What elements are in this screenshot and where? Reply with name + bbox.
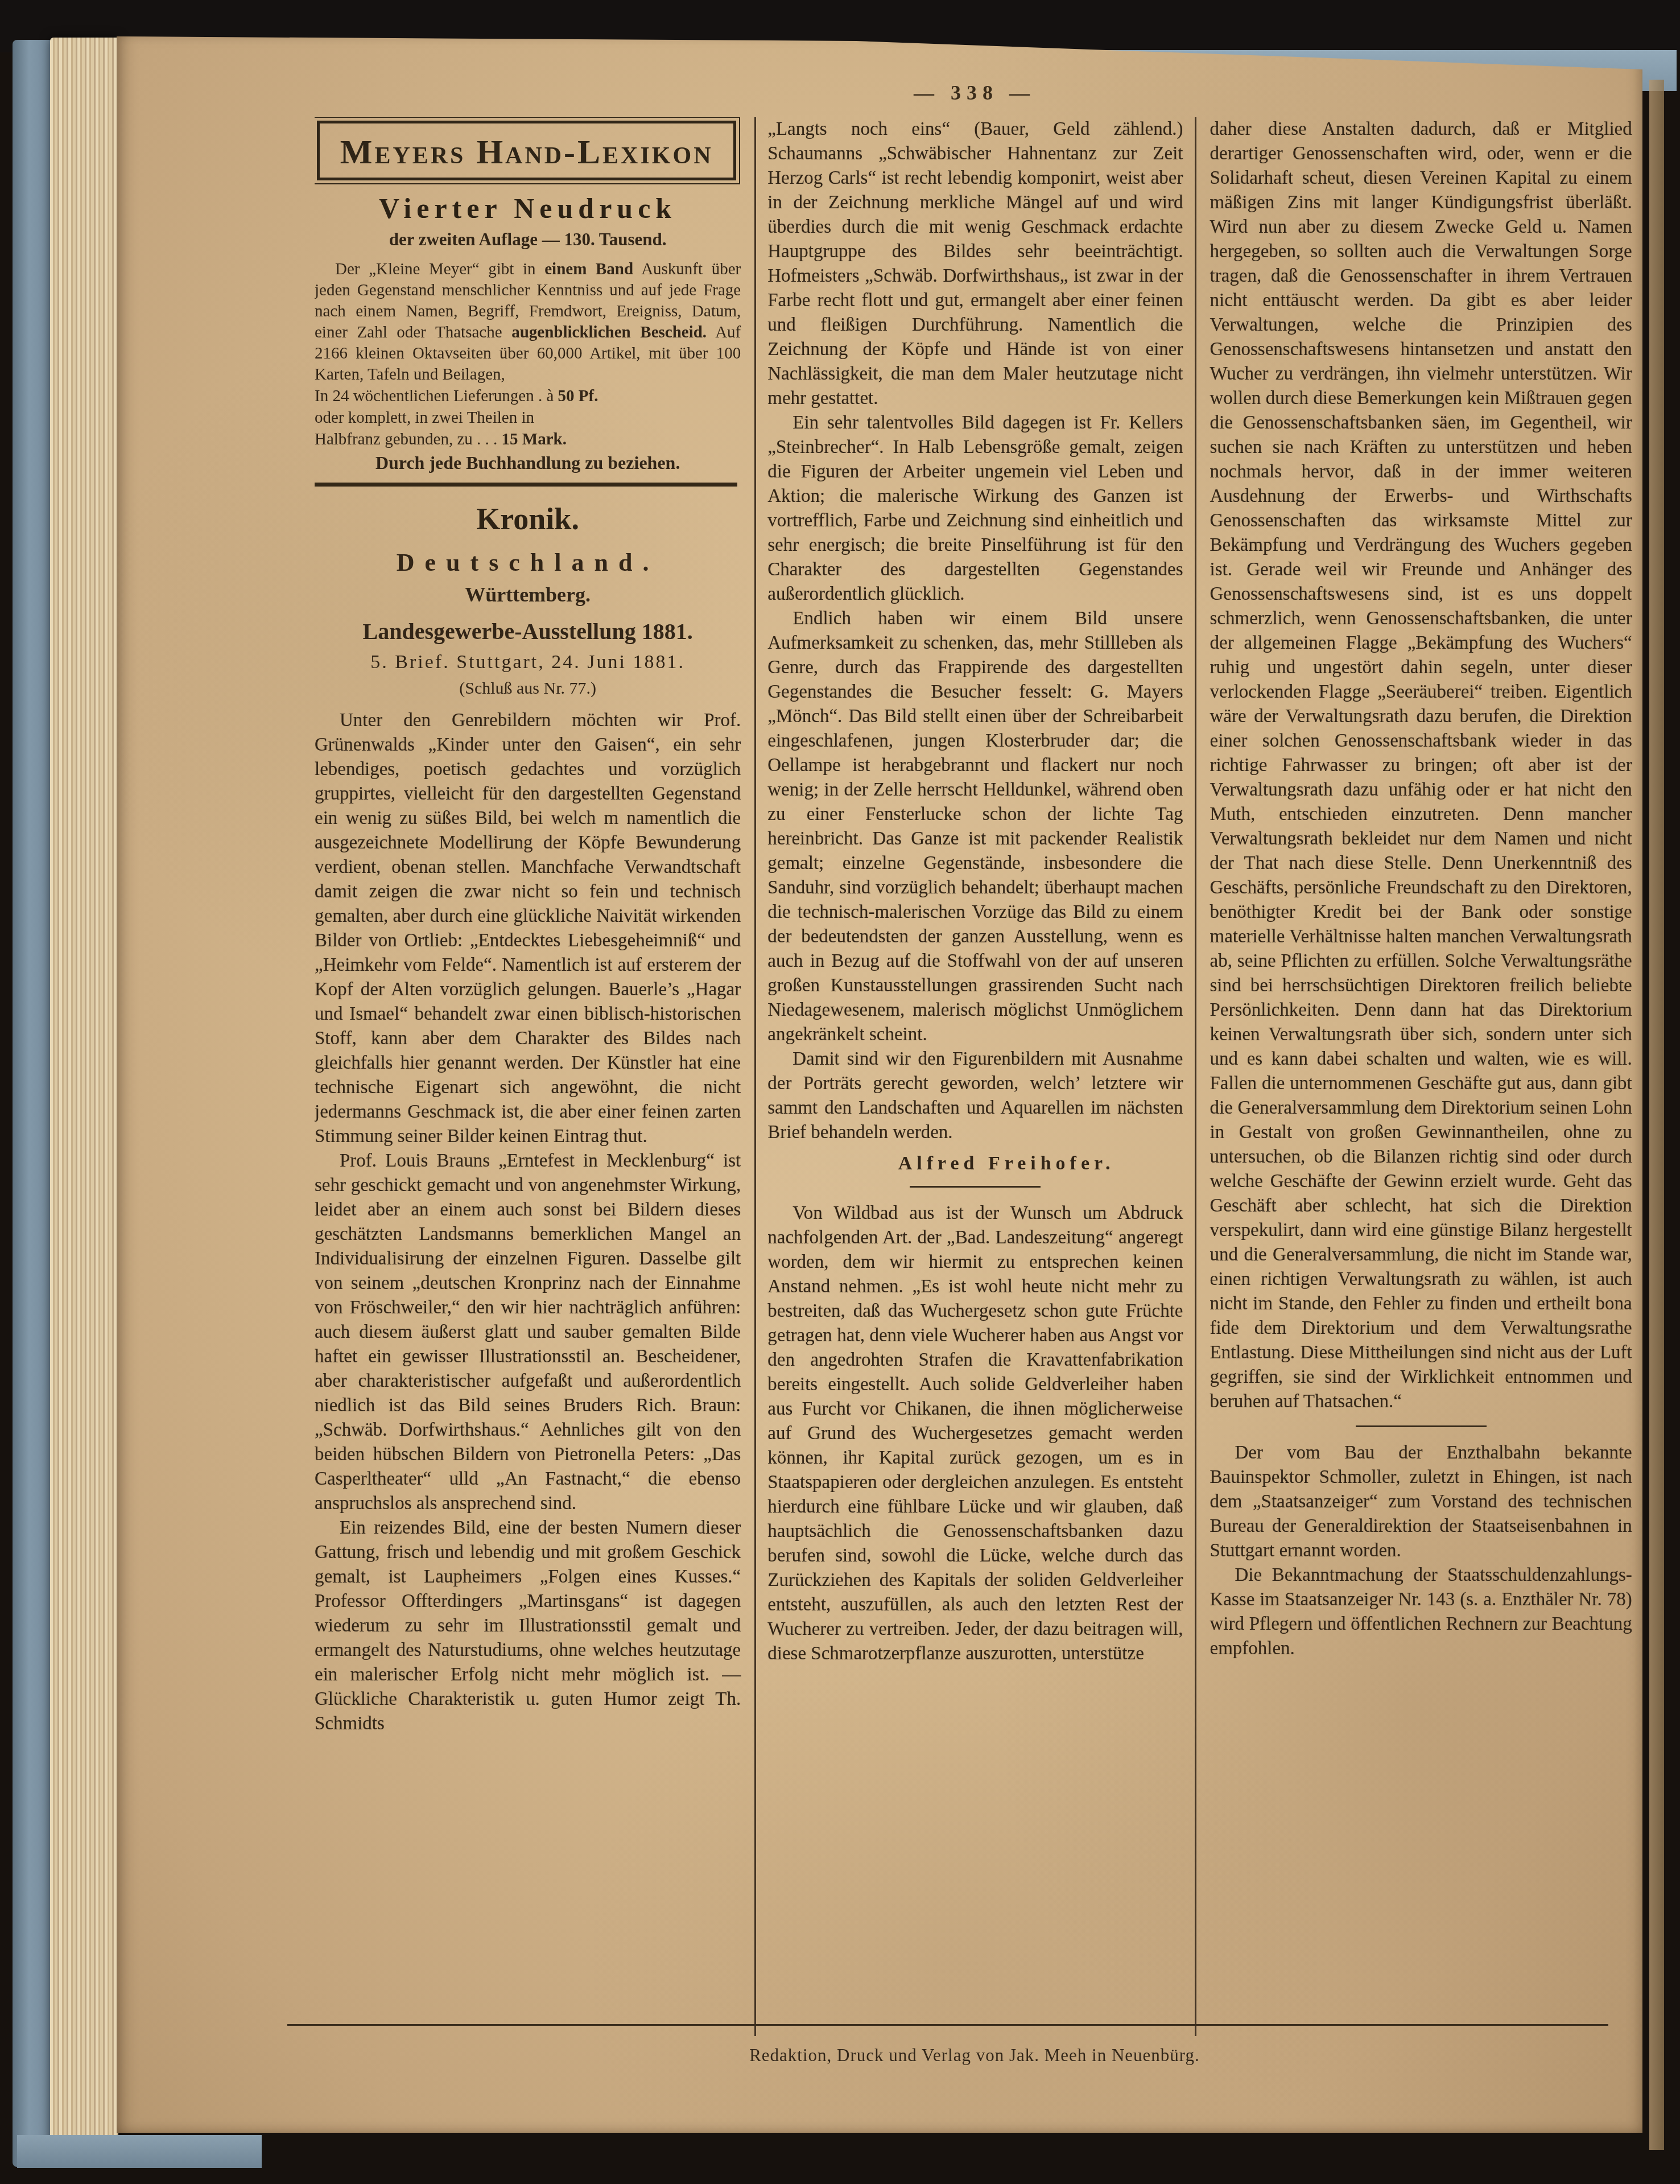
three-column-layout: Meyers Hand-Lexikon Vierter Neudruck der… (315, 117, 1634, 2036)
article-paragraph-continuation: daher diese Anstalten dadurch, daß er Mi… (1210, 117, 1632, 1414)
newspaper-page: — 338 — Meyers Hand-Lexikon Vierter Neud… (117, 33, 1642, 2133)
section-title-kronik: Kronik. (315, 501, 741, 537)
news-item: Der vom Bau der Enzthalbahn bekannte Bau… (1210, 1441, 1632, 1563)
news-item: Die Bekanntmachung der Staatsschuldenzah… (1210, 1563, 1632, 1661)
article-title: Landesgewerbe-Ausstellung 1881. (315, 618, 741, 645)
article-paragraph: Von Wildbad aus ist der Wunsch um Abdruc… (767, 1201, 1183, 1666)
ad-delivery-line: oder komplett, in zwei Theilen in (315, 407, 741, 428)
heading-country: Deutschland. (315, 548, 741, 577)
article-paragraph-continuation: „Langts noch eins“ (Bauer, Geld zählend.… (767, 117, 1183, 411)
article-paragraph: Damit sind wir den Figurenbildern mit Au… (767, 1047, 1183, 1145)
page-number: — 338 — (315, 81, 1634, 105)
ad-edition-line: Vierter Neudruck (315, 192, 741, 225)
ad-order-line: Durch jede Buchhandlung zu beziehen. (315, 452, 741, 473)
ad-delivery-part: In 24 wöchentlichen Lieferungen . à (315, 387, 558, 405)
section-divider-rule (315, 483, 737, 487)
continuation-note: (Schluß aus Nr. 77.) (315, 679, 741, 698)
heading-region: Württemberg. (315, 583, 741, 607)
column-left: Meyers Hand-Lexikon Vierter Neudruck der… (315, 117, 754, 2036)
footer-rule (287, 2024, 1608, 2026)
book-cover-bottom-left-edge (17, 2135, 262, 2168)
book-cover-left-edge (13, 40, 53, 2167)
ad-body-bold: einem Band (544, 260, 633, 278)
article-paragraph: Prof. Louis Brauns „Erntefest in Mecklen… (315, 1149, 741, 1516)
advertisement-meyers-hand-lexikon: Meyers Hand-Lexikon Vierter Neudruck der… (315, 121, 741, 473)
ad-title: Meyers Hand-Lexikon (340, 133, 713, 171)
article-dateline: 5. Brief. Stuttgart, 24. Juni 1881. (315, 652, 741, 673)
ad-title-box: Meyers Hand-Lexikon (317, 121, 736, 180)
article-paragraph: Ein reizendes Bild, eine der besten Nume… (315, 1516, 741, 1736)
ad-delivery-line: Halbfranz gebunden, zu . . . 15 Mark. (315, 428, 741, 450)
article-paragraph: Unter den Genrebildern möchten wir Prof.… (315, 708, 741, 1149)
ad-delivery-line: In 24 wöchentlichen Lieferungen . à 50 P… (315, 385, 741, 407)
column-right: daher diese Anstalten dadurch, daß er Mi… (1195, 117, 1634, 2036)
ad-body-part: Der „Kleine Meyer“ gibt in (335, 260, 544, 278)
ad-body-text: Der „Kleine Meyer“ gibt in einem Band Au… (315, 259, 741, 385)
column-middle: „Langts noch eins“ (Bauer, Geld zählend.… (754, 117, 1194, 2036)
page-content-area: — 338 — Meyers Hand-Lexikon Vierter Neud… (117, 33, 1642, 2133)
ad-body-bold: augenblicklichen Bescheid. (511, 323, 707, 341)
ad-edition-subline: der zweiten Auflage — 130. Tausend. (315, 229, 741, 250)
page-block-right-edge (1649, 80, 1664, 2150)
article-separator-rule (1356, 1425, 1487, 1427)
imprint-line: Redaktion, Druck und Verlag von Jak. Mee… (315, 2045, 1634, 2066)
ad-delivery-part: Halbfranz gebunden, zu . . . (315, 430, 502, 448)
article-separator-rule (910, 1186, 1041, 1188)
author-signature: Alfred Freihofer. (767, 1153, 1183, 1175)
page-stack-edges (50, 38, 118, 2144)
article-paragraph: Endlich haben wir einem Bild unsere Aufm… (767, 607, 1183, 1047)
ad-price: 50 Pf. (558, 387, 598, 405)
ad-price: 15 Mark. (502, 430, 567, 448)
article-paragraph: Ein sehr talentvolles Bild dagegen ist F… (767, 411, 1183, 607)
